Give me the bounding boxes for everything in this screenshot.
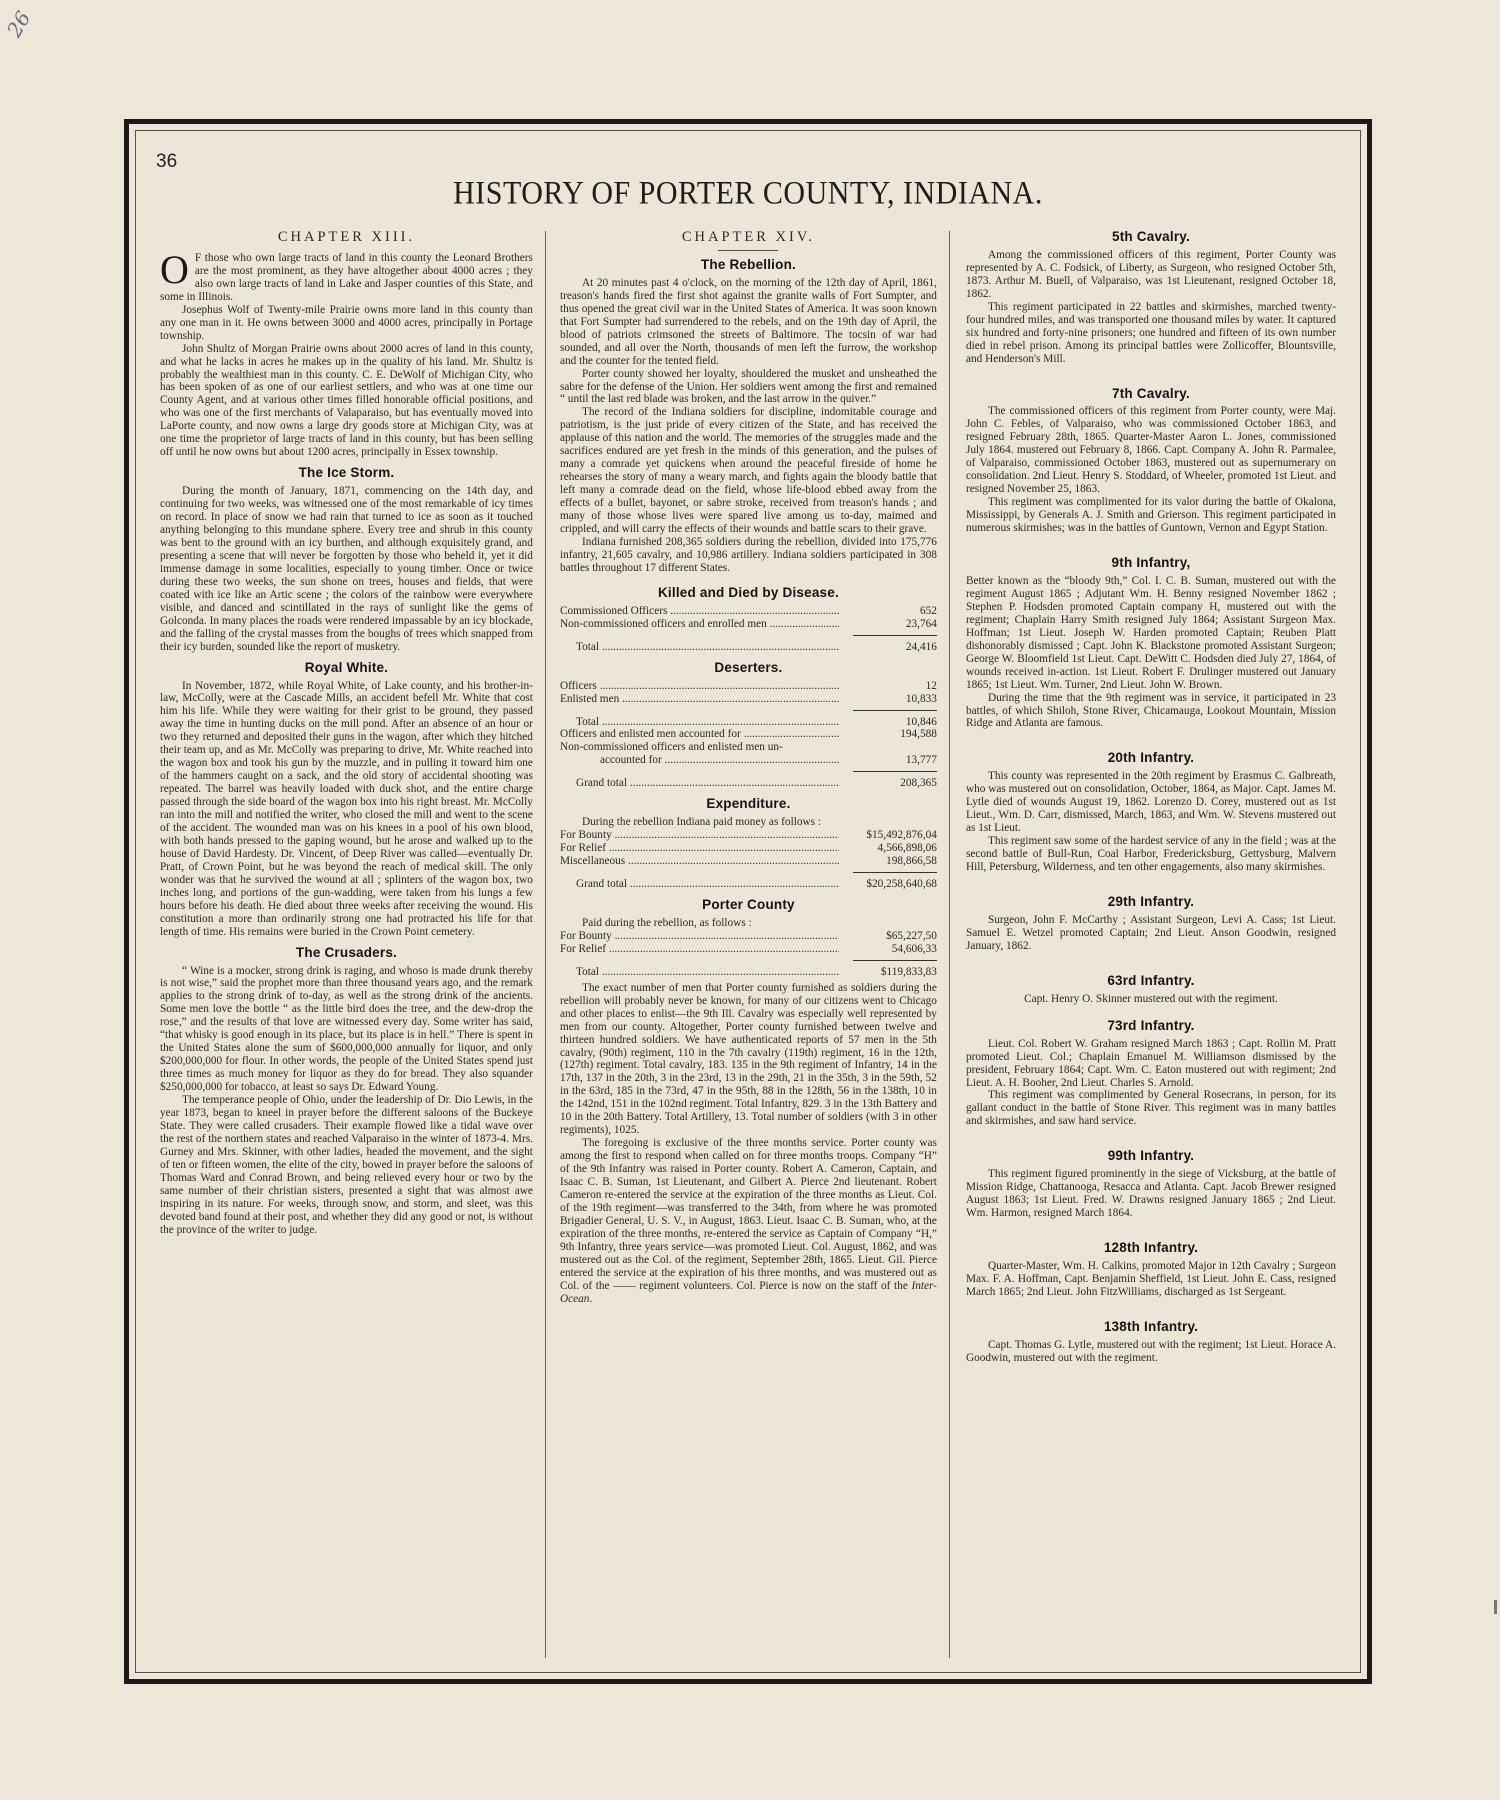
margin-pencil-note: 26: [2, 7, 36, 41]
row-label: Miscellaneous: [560, 855, 839, 868]
regiment-heading: 73rd Infantry.: [966, 1020, 1336, 1033]
sum-rule: [560, 771, 937, 772]
row-value: 198,866,58: [839, 855, 937, 868]
paragraph: Capt. Henry O. Skinner mustered out with…: [966, 993, 1336, 1006]
intro-paragraph: OF those who own large tracts of land in…: [160, 252, 533, 304]
chapter-heading: CHAPTER XIII.: [160, 231, 533, 244]
paragraph: This county was represented in the 20th …: [966, 770, 1336, 835]
row-value: $119,833,83: [839, 966, 937, 979]
chapter-heading: CHAPTER XIV.: [560, 231, 937, 244]
row-label: For Relief: [560, 943, 839, 956]
drop-cap: O: [160, 254, 189, 286]
paragraph: Lieut. Col. Robert W. Graham resigned Ma…: [966, 1038, 1336, 1090]
regiment-heading: 63rd Infantry.: [966, 975, 1336, 988]
page-frame-inner: 36 HISTORY OF PORTER COUNTY, INDIANA. CH…: [135, 130, 1361, 1673]
sum-rule: [560, 960, 937, 961]
table-total-row: Total 10,846: [560, 716, 937, 729]
row-value: 13,777: [839, 754, 937, 767]
row-label: Total: [576, 641, 839, 654]
row-label: Total: [576, 716, 839, 729]
paragraph: Surgeon, John F. McCarthy ; Assistant Su…: [966, 914, 1336, 953]
row-value: $65,227,50: [839, 930, 937, 943]
row-value: 54,606,33: [839, 943, 937, 956]
paragraph: The temperance people of Ohio, under the…: [160, 1094, 533, 1236]
regiment-heading: 9th Infantry,: [966, 557, 1336, 570]
regiment-section: 7th Cavalry. The commissioned officers o…: [966, 388, 1336, 535]
section-heading-expenditure: Expenditure.: [560, 798, 937, 811]
paragraph: Better known as the “bloody 9th,” Col. I…: [966, 575, 1336, 692]
row-value: 652: [839, 605, 937, 618]
row-value: 23,764: [839, 618, 937, 631]
row-label: Enlisted men: [560, 693, 839, 706]
row-label: Commissioned Officers: [560, 605, 839, 618]
regiment-heading: 20th Infantry.: [966, 752, 1336, 765]
paragraph-end: .: [589, 1293, 592, 1305]
row-label: Officers: [560, 680, 839, 693]
paragraph: At 20 minutes past 4 o'clock, on the mor…: [560, 277, 937, 368]
table-row: Officers and enlisted men accounted for …: [560, 728, 937, 741]
paragraph: Porter county showed her loyalty, should…: [560, 368, 937, 407]
regiment-section: 138th Infantry. Capt. Thomas G. Lytle, m…: [966, 1321, 1336, 1365]
table-row: Non-commissioned officers and enrolled m…: [560, 618, 937, 631]
chapter-rule: [718, 250, 778, 251]
regiment-section: 5th Cavalry. Among the commissioned offi…: [966, 231, 1336, 366]
page-frame: 36 HISTORY OF PORTER COUNTY, INDIANA. CH…: [124, 119, 1372, 1684]
intro-text: F those who own large tracts of land in …: [160, 252, 533, 303]
regiment-section: 73rd Infantry. Lieut. Col. Robert W. Gra…: [966, 1020, 1336, 1129]
table-total-row: Total $119,833,83: [560, 966, 937, 979]
section-heading-rebellion: The Rebellion.: [560, 259, 937, 272]
paragraph: The record of the Indiana soldiers for d…: [560, 406, 937, 536]
table-row: For Relief 4,566,898,06: [560, 842, 937, 855]
table-total-row: Total 24,416: [560, 641, 937, 654]
column-1: CHAPTER XIII. OF those who own large tra…: [152, 231, 546, 1658]
row-value: $15,492,876,04: [839, 829, 937, 842]
paragraph: During the time that the 9th regiment wa…: [966, 692, 1336, 731]
regiment-section: 99th Infantry. This regiment figured pro…: [966, 1150, 1336, 1220]
section-heading-killed: Killed and Died by Disease.: [560, 587, 937, 600]
regiment-heading: 5th Cavalry.: [966, 231, 1336, 244]
paragraph: “ Wine is a mocker, strong drink is ragi…: [160, 965, 533, 1095]
regiment-heading: 128th Infantry.: [966, 1242, 1336, 1255]
row-label: Total: [576, 966, 839, 979]
regiment-heading: 7th Cavalry.: [966, 388, 1336, 401]
table-row: Officers 12: [560, 680, 937, 693]
paragraph: The foregoing is exclusive of the three …: [560, 1137, 937, 1305]
table-row: For Bounty $15,492,876,04: [560, 829, 937, 842]
paragraph: In November, 1872, while Royal White, of…: [160, 680, 533, 939]
row-label-wrap: Non-commissioned officers and enlisted m…: [560, 741, 937, 754]
page-number: 36: [156, 151, 177, 173]
table-row: Commissioned Officers 652: [560, 605, 937, 618]
paragraph: John Shultz of Morgan Prairie owns about…: [160, 343, 533, 460]
row-value: 4,566,898,06: [839, 842, 937, 855]
paragraph: Capt. Thomas G. Lytle, mustered out with…: [966, 1339, 1336, 1365]
column-2: CHAPTER XIV. The Rebellion. At 20 minute…: [546, 231, 950, 1658]
section-heading-crusaders: The Crusaders.: [160, 947, 533, 960]
paragraph: The commissioned officers of this regime…: [966, 405, 1336, 496]
row-value: 194,588: [839, 728, 937, 741]
page-title: HISTORY OF PORTER COUNTY, INDIANA.: [136, 176, 1360, 213]
column-3: 5th Cavalry. Among the commissioned offi…: [950, 231, 1344, 1658]
paragraph: This regiment was complimented by Genera…: [966, 1089, 1336, 1128]
table-row: accounted for 13,777: [560, 754, 937, 767]
table-total-row: Grand total 208,365: [560, 777, 937, 790]
columns: CHAPTER XIII. OF those who own large tra…: [152, 231, 1344, 1658]
regiment-section: 29th Infantry. Surgeon, John F. McCarthy…: [966, 896, 1336, 953]
paragraph: Among the commissioned officers of this …: [966, 249, 1336, 301]
row-label: Non-commissioned officers and enrolled m…: [560, 618, 839, 631]
section-heading-deserters: Deserters.: [560, 662, 937, 675]
row-label: Grand total: [576, 777, 839, 790]
table-total-row: Grand total $20,258,640,68: [560, 878, 937, 891]
section-heading-royal-white: Royal White.: [160, 662, 533, 675]
section-heading-porter-county: Porter County: [560, 899, 937, 912]
row-label: For Bounty: [560, 930, 839, 943]
table-row: Enlisted men 10,833: [560, 693, 937, 706]
sum-rule: [560, 635, 937, 636]
row-value: 12: [839, 680, 937, 693]
paragraph: Josephus Wolf of Twenty-mile Prairie own…: [160, 304, 533, 343]
paragraph: The exact number of men that Porter coun…: [560, 982, 937, 1137]
row-label: For Relief: [560, 842, 839, 855]
row-label: For Bounty: [560, 829, 839, 842]
regiment-section: 20th Infantry. This county was represent…: [966, 752, 1336, 874]
table-row: For Bounty $65,227,50: [560, 930, 937, 943]
regiment-heading: 138th Infantry.: [966, 1321, 1336, 1334]
paragraph: Quarter-Master, Wm. H. Calkins, promoted…: [966, 1260, 1336, 1299]
row-label: accounted for: [600, 754, 839, 767]
paragraph: This regiment was complimented for its v…: [966, 496, 1336, 535]
row-value: 208,365: [839, 777, 937, 790]
scan-edge-mark: [1494, 1600, 1497, 1614]
section-heading-ice-storm: The Ice Storm.: [160, 467, 533, 480]
paragraph: Indiana furnished 208,365 soldiers durin…: [560, 536, 937, 575]
regiment-section: 9th Infantry, Better known as the “blood…: [966, 557, 1336, 730]
table-row: Miscellaneous 198,866,58: [560, 855, 937, 868]
row-label: Grand total: [576, 878, 839, 891]
row-value: 10,833: [839, 693, 937, 706]
regiment-heading: 99th Infantry.: [966, 1150, 1336, 1163]
regiment-section: 128th Infantry. Quarter-Master, Wm. H. C…: [966, 1242, 1336, 1299]
row-value: $20,258,640,68: [839, 878, 937, 891]
paragraph-text: The foregoing is exclusive of the three …: [560, 1137, 937, 1291]
table-intro: During the rebellion Indiana paid money …: [560, 816, 937, 829]
sum-rule: [560, 710, 937, 711]
row-value: 10,846: [839, 716, 937, 729]
paragraph: This regiment participated in 22 battles…: [966, 301, 1336, 366]
paragraph: During the month of January, 1871, comme…: [160, 485, 533, 653]
table-row: For Relief 54,606,33: [560, 943, 937, 956]
regiment-heading: 29th Infantry.: [966, 896, 1336, 909]
row-value: 24,416: [839, 641, 937, 654]
row-label: Officers and enlisted men accounted for: [560, 728, 839, 741]
paragraph: This regiment saw some of the hardest se…: [966, 835, 1336, 874]
paragraph: This regiment figured prominently in the…: [966, 1168, 1336, 1220]
regiment-section: 63rd Infantry. Capt. Henry O. Skinner mu…: [966, 975, 1336, 1006]
sum-rule: [560, 872, 937, 873]
table-intro: Paid during the rebellion, as follows :: [560, 917, 937, 930]
